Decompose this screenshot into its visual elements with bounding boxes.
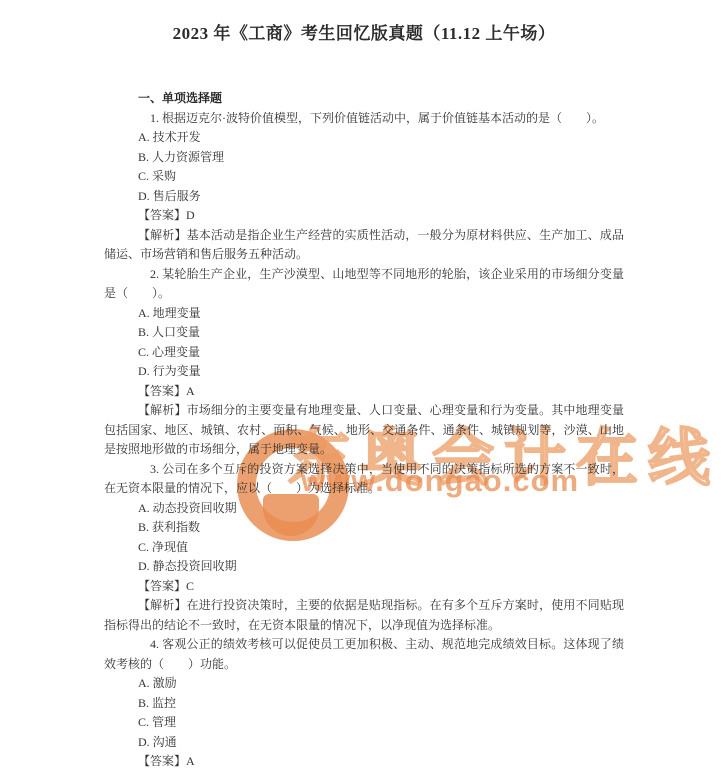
question-4-answer: 【答案】A xyxy=(104,752,624,772)
question-4-option-a: A. 激励 xyxy=(104,674,624,694)
question-2-option-d: D. 行为变量 xyxy=(104,362,624,382)
question-4-option-d: D. 沟通 xyxy=(104,733,624,753)
question-2-stem: 2. 某轮胎生产企业，生产沙漠型、山地型等不同地形的轮胎，该企业采用的市场细分变… xyxy=(104,265,624,304)
question-2-option-a: A. 地理变量 xyxy=(104,304,624,324)
document-title: 2023 年《工商》考生回忆版真题（11.12 上午场） xyxy=(0,0,728,44)
question-3-analysis: 【解析】在进行投资决策时，主要的依据是贴现指标。在有多个互斥方案时，使用不同贴现… xyxy=(104,596,624,635)
question-2-option-c: C. 心理变量 xyxy=(104,343,624,363)
section-header: 一、单项选择题 xyxy=(104,89,624,109)
question-1-option-d: D. 售后服务 xyxy=(104,187,624,207)
question-1-option-c: C. 采购 xyxy=(104,167,624,187)
document-body: 一、单项选择题 1. 根据迈克尔·波特价值模型，下列价值链活动中，属于价值链基本… xyxy=(104,89,624,772)
question-1-analysis: 【解析】基本活动是指企业生产经营的实质性活动，一般分为原材料供应、生产加工、成品… xyxy=(104,226,624,265)
question-4-option-c: C. 管理 xyxy=(104,713,624,733)
question-1-answer: 【答案】D xyxy=(104,206,624,226)
question-1-option-b: B. 人力资源管理 xyxy=(104,148,624,168)
question-3-answer: 【答案】C xyxy=(104,577,624,597)
question-2-option-b: B. 人口变量 xyxy=(104,323,624,343)
question-3-option-b: B. 获利指数 xyxy=(104,518,624,538)
question-4-stem: 4. 客观公正的绩效考核可以促使员工更加积极、主动、规范地完成绩效目标。这体现了… xyxy=(104,635,624,674)
question-3-option-d: D. 静态投资回收期 xyxy=(104,557,624,577)
question-2-analysis: 【解析】市场细分的主要变量有地理变量、人口变量、心理变量和行为变量。其中地理变量… xyxy=(104,401,624,460)
question-3-option-a: A. 动态投资回收期 xyxy=(104,499,624,519)
question-4-option-b: B. 监控 xyxy=(104,694,624,714)
question-1-stem: 1. 根据迈克尔·波特价值模型，下列价值链活动中，属于价值链基本活动的是（ ）。 xyxy=(104,109,624,129)
question-3-stem: 3. 公司在多个互斥的投资方案选择决策中，当使用不同的决策指标所选的方案不一致时… xyxy=(104,460,624,499)
question-3-option-c: C. 净现值 xyxy=(104,538,624,558)
question-2-answer: 【答案】A xyxy=(104,382,624,402)
question-1-option-a: A. 技术开发 xyxy=(104,128,624,148)
